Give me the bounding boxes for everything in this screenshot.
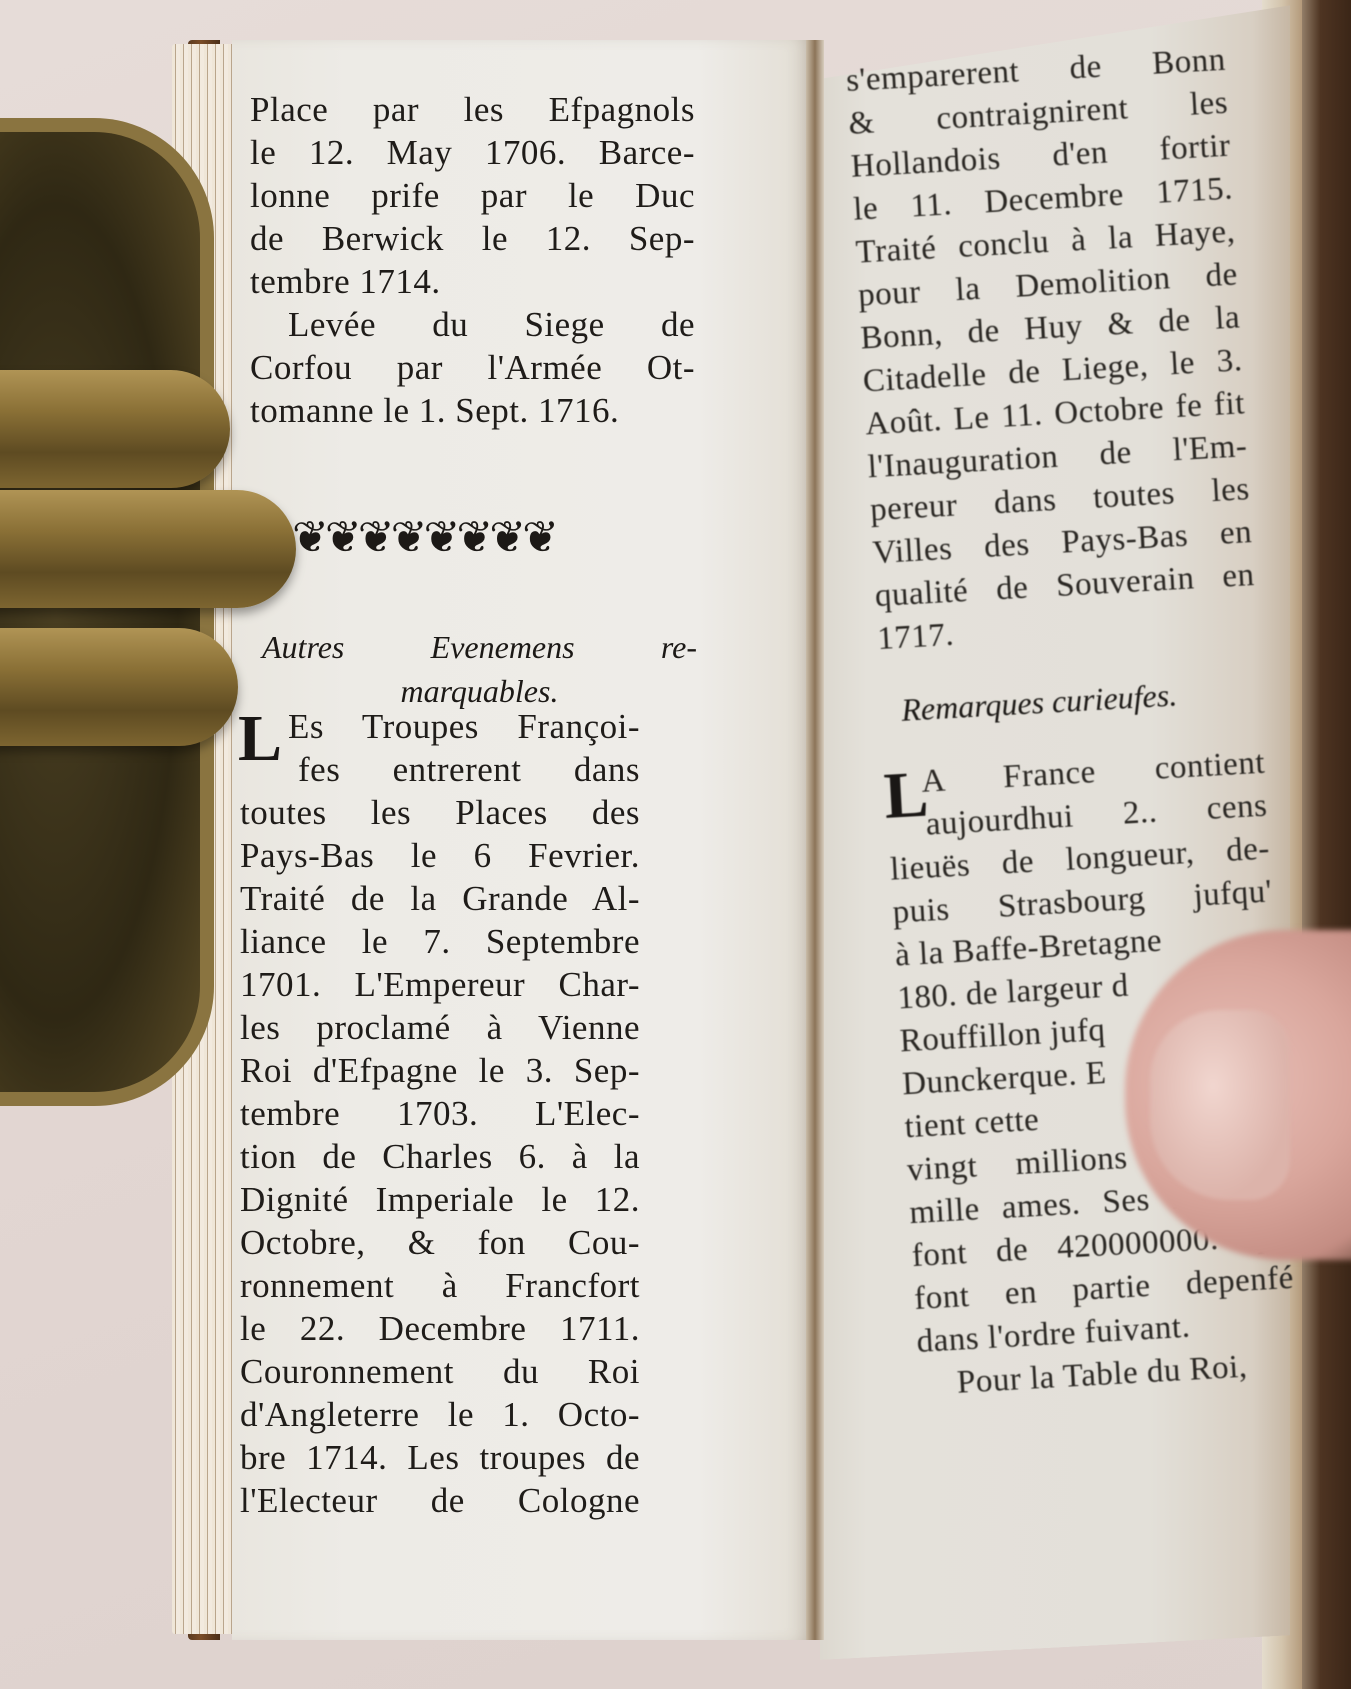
section-title-line: Autres Evenemens re- [262,625,697,669]
brass-clip-plate [0,118,214,1106]
text-line: Traité de la Grande Al- [240,877,640,920]
text-line: Dignité Imperiale le 12. [240,1178,640,1221]
text-line: Couronnement du Roi [240,1350,640,1393]
dropcap-letter: L [238,707,282,771]
left-paragraph-3: L Es Troupes Françoi- fes entrerent dans… [240,705,640,1522]
brass-clip-finger [0,628,238,746]
text-line: lonne prife par le Duc [250,174,695,217]
fingernail [1150,1010,1290,1200]
text-line: tembre 1714. [250,260,695,303]
dropcap-letter: L [882,763,930,829]
section-title-autres-evenemens: Autres Evenemens re- marquables. [262,625,697,713]
brass-clip-finger [0,370,230,488]
text-line: 1701. L'Empereur Char- [240,963,640,1006]
section-title-remarques: Remarques curieufes. [900,668,1262,732]
text-line: le 22. Decembre 1711. [240,1307,640,1350]
text-line: tion de Charles 6. à la [240,1135,640,1178]
text-line: liance le 7. Septembre [240,920,640,963]
right-paragraph-1: s'emparerent de Bonn & contraignirent le… [845,39,1258,661]
left-paragraph-2: Levée du Siege de Corfou par l'Armée Ot-… [250,303,695,432]
text-line: Pays-Bas le 6 Fevrier. [240,834,640,877]
book-photo: Place par les Efpagnols le 12. May 1706.… [0,0,1351,1689]
text-line: Levée du Siege de [250,303,695,346]
brass-clip-finger [0,490,296,608]
book-cover-right [1300,0,1351,1689]
left-page-text: Place par les Efpagnols le 12. May 1706.… [250,88,695,432]
text-line: le 12. May 1706. Barce- [250,131,695,174]
printers-ornament-band: ❦❦❦❦❦❦❦❦ [292,508,672,566]
ornament-glyphs: ❦❦❦❦❦❦❦❦ [292,512,555,563]
text-line: Corfou par l'Armée Ot- [250,346,695,389]
text-line: Roi d'Efpagne le 3. Sep- [240,1049,640,1092]
text-line: Es Troupes Françoi- [240,705,640,748]
text-line: bre 1714. Les troupes de [240,1436,640,1479]
text-line: tomanne le 1. Sept. 1716. [250,389,695,432]
text-line: ronnement à Francfort [240,1264,640,1307]
text-line: toutes les Places des [240,791,640,834]
left-paragraph-1: Place par les Efpagnols le 12. May 1706.… [250,88,695,303]
book-gutter [806,40,824,1640]
text-line: d'Angleterre le 1. Octo- [240,1393,640,1436]
text-line: Place par les Efpagnols [250,88,695,131]
text-line: les proclamé à Vienne [240,1006,640,1049]
text-line: de Berwick le 12. Sep- [250,217,695,260]
dropcap-block: L Es Troupes Françoi- fes entrerent dans [240,705,640,791]
text-line: l'Electeur de Cologne [240,1479,640,1522]
text-line: Octobre, & fon Cou- [240,1221,640,1264]
text-line: fes entrerent dans [240,748,640,791]
text-line: tembre 1703. L'Elec- [240,1092,640,1135]
